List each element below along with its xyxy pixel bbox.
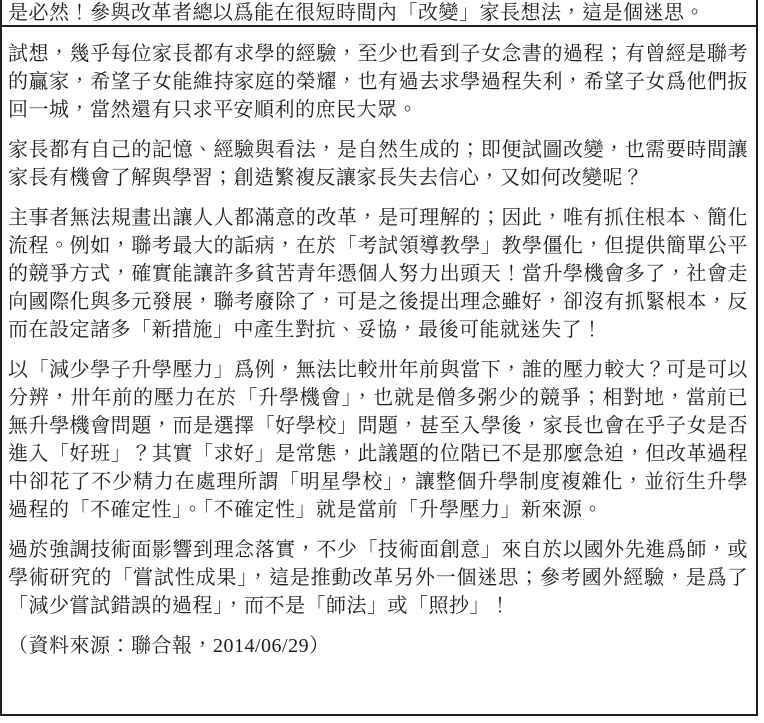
source-citation: （資料來源：聯合報，2014/06/29） <box>8 632 748 660</box>
passage-paragraph: 過於強調技術面影響到理念落實，不少「技術面創意」來自於以國外先進爲師，或學術研究… <box>8 536 748 620</box>
passage-paragraph: 家長都有自己的記憶、經驗與看法，是自然生成的；即便試圖改變，也需要時間讓家長有機… <box>8 136 748 192</box>
passage-paragraph: 以「減少學子升學壓力」爲例，無法比較卅年前與當下，誰的壓力較大？可是可以分辨，卅… <box>8 356 748 524</box>
passage-paragraph: 主事者無法規畫出讓人人都滿意的改革，是可理解的；因此，唯有抓住根本、簡化流程。例… <box>8 204 748 344</box>
intro-paragraph: 是必然！參與改革者總以爲能在很短時間內「改變」家長想法，這是個迷思。 <box>2 0 756 25</box>
passage-body: 試想，幾乎每位家長都有求學的經驗，至少也看到子女念書的過程；有曾經是聯考的贏家，… <box>2 27 756 716</box>
document-page: 是必然！參與改革者總以爲能在很短時間內「改變」家長想法，這是個迷思。 試想，幾乎… <box>0 0 758 716</box>
passage-paragraph: 試想，幾乎每位家長都有求學的經驗，至少也看到子女念書的過程；有曾經是聯考的贏家，… <box>8 40 748 124</box>
